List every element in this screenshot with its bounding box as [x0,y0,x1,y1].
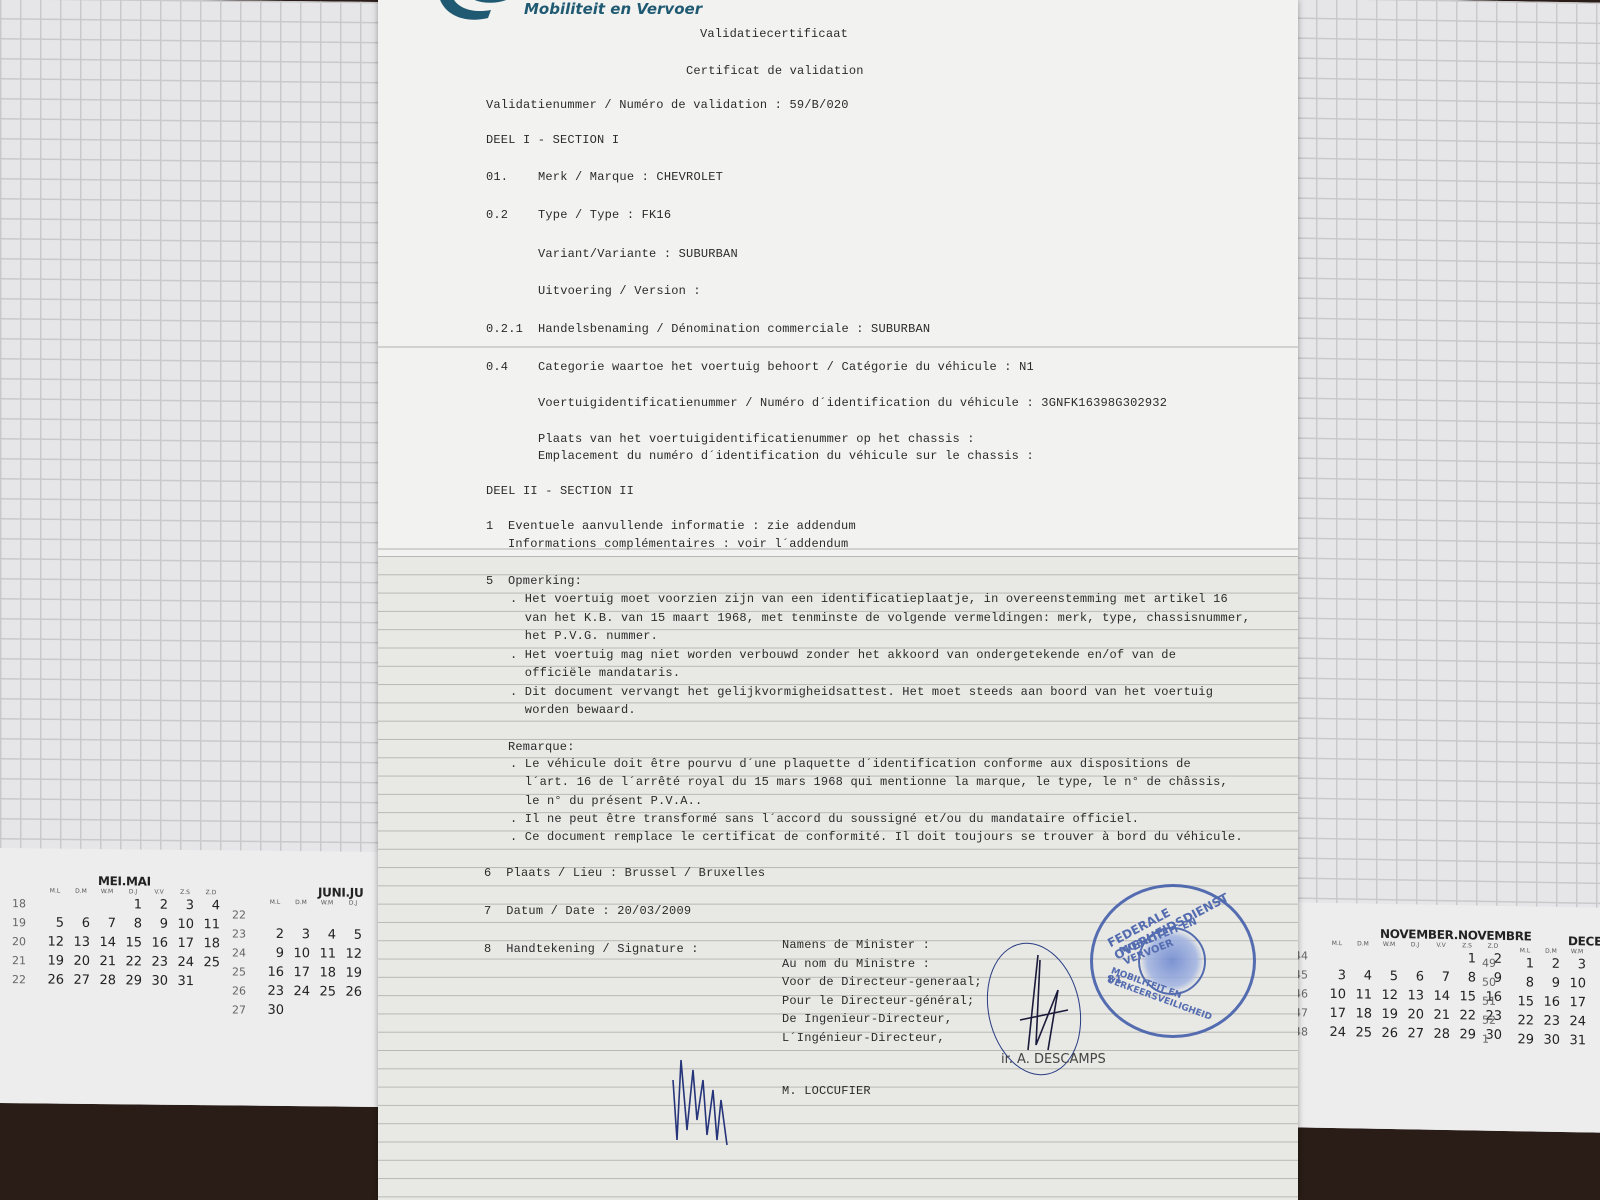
calendar-june: JUNI.JUM.LD.MW.MD.J222323452491011122516… [232,884,366,1020]
validation-number: 59/B/020 [789,98,848,112]
remark-line: . Het voertuig moet voorzien zijn van ee… [510,592,1228,606]
calendar-week: 2012131415161718 [12,932,224,953]
stamp-signatory: ir. A. DESCAMPS [1001,1052,1106,1067]
date-row: 7 Datum / Date : 20/03/2009 [484,904,691,918]
place-row: 6 Plaats / Lieu : Brussel / Bruxelles [484,866,765,880]
official-stamp: FEDERALE OVERHEIDSDIENST MOBILITEIT EN V… [1090,884,1256,1038]
item5-code: 5 [486,574,493,588]
signatory-line: Au nom du Ministre : [782,957,930,971]
signatory-line: L´Ingénieur-Directeur, [782,1031,945,1045]
calendar-december: DECEMBERM.LD.MW.M49123508910511516175222… [1482,933,1600,1052]
calendar-week: 1293031 [1482,1030,1600,1052]
field-code: 0.2 [486,208,508,222]
remark-line: . Le véhicule doit être pourvu d´une pla… [510,757,1191,771]
calendar-title: DECEMBER [1568,934,1600,949]
planner-left: MEI.MAIM.LD.MW.MD.JV.VZ.SZ.D181234195678… [0,0,380,1107]
section1-heading: DEEL I - SECTION I [486,133,619,147]
field-value: FK16 [634,208,671,222]
place-value: Brussel / Bruxelles [625,866,766,880]
item1-code: 1 [486,519,493,533]
calendar-title: JUNI.JU [318,885,366,900]
field-code: 0.4 [486,360,508,374]
field-label: Handelsbenaming / Dénomination commercia… [538,322,864,336]
field-label: Voertuigidentificatienummer / Numéro d´i… [538,396,1034,410]
calendar-week: 2516171819 [232,962,366,982]
validation-number-row: Validatienummer / Numéro de validation :… [486,98,849,112]
remark-line: . Il ne peut être transformé sans l´acco… [510,812,1139,826]
remark-line: . Dit document vervangt het gelijkvormig… [510,685,1213,699]
field-row: Voertuigidentificatienummer / Numéro d´i… [538,396,1167,410]
handwritten-signature-icon [663,1050,743,1150]
field-row: Type / Type : FK16 [538,208,671,222]
calendar-week: 2730 [232,1000,366,1020]
signature-row: 8 Handtekening / Signature : [484,942,699,956]
signatory-line: De Ingenieur-Directeur, [782,1012,952,1026]
field-label: Type / Type : [538,208,634,222]
validation-certificate: Mobiliteit en Vervoer Validatiecertifica… [378,0,1298,1200]
field-row: Handelsbenaming / Dénomination commercia… [538,322,930,336]
field-label: Merk / Marque : [538,170,649,184]
field-label: Variant/Variante : [538,247,671,261]
remarks-fr-label: Remarque: [508,740,575,754]
section2-heading: DEEL II - SECTION II [486,484,634,498]
field-label: Uitvoering / Version : [538,284,701,298]
agency-logo-icon [433,0,513,26]
calendar-week: 2119202122232425 [12,951,224,972]
remark-line: . Het voertuig mag niet worden verbouwd … [510,648,1176,662]
remark-line: le n° du présent P.V.A.. [510,794,702,808]
remark-line: l´art. 16 de l´arrêté royal du 15 mars 1… [510,775,1228,789]
calendar-may: MEI.MAIM.LD.MW.MD.JV.VZ.SZ.D181234195678… [12,873,224,991]
calendar-week: 181234 [12,894,224,915]
field-value: N1 [1012,360,1034,374]
field-value: SUBURBAN [864,322,931,336]
agency-name: Mobiliteit en Vervoer [524,0,702,18]
field-code: 01. [486,170,508,184]
field-label: Categorie waartoe het voertuig behoort /… [538,360,1012,374]
field-row: Categorie waartoe het voertuig behoort /… [538,360,1034,374]
item1-nl: Eventuele aanvullende informatie : zie a… [508,519,856,533]
field-row: Uitvoering / Version : [538,284,701,298]
signatory-line: Namens de Minister : [782,938,930,952]
remark-line: . Ce document remplace le certificat de … [510,830,1243,844]
signatory-name: M. LOCCUFIER [782,1084,871,1098]
item1-fr: Informations complémentaires : voir l´ad… [508,537,848,551]
vin-location-fr: Emplacement du numéro d´identification d… [538,449,1034,463]
calendar-week: 232345 [232,924,366,944]
remark-line: het P.V.G. nummer. [510,629,658,643]
field-value: CHEVROLET [649,170,723,184]
signatory-line: Voor de Directeur-generaal; [782,975,982,989]
remark-line: worden bewaard. [510,703,636,717]
signatory-line: Pour le Directeur-général; [782,994,974,1008]
remark-line: officiële mandataris. [510,666,680,680]
field-code: 0.2.1 [486,322,523,336]
field-value: 3GNFK16398G302932 [1034,396,1167,410]
field-row: Variant/Variante : SUBURBAN [538,247,738,261]
calendar-week: 19567891011 [12,913,224,934]
vin-location-nl: Plaats van het voertuigidentificatienumm… [538,432,975,446]
calendar-week: 2623242526 [232,981,366,1001]
calendar-week: 22262728293031 [12,970,224,991]
remarks-nl-label: Opmerking: [508,574,582,588]
fold-line [378,346,1298,348]
calendar-title: MEI.MAI [98,874,224,889]
title-fr: Certificat de validation [686,64,864,78]
date-value: 20/03/2009 [617,904,691,918]
planner-right: NOVEMBER.NOVEMBREM.LD.MW.MD.JV.VZ.SZ.D44… [1296,0,1600,1133]
calendar-week: 22 [232,905,366,925]
field-value: SUBURBAN [671,247,738,261]
descamps-signature-icon [1018,950,1078,1060]
remark-line: van het K.B. van 15 maart 1968, met tenm… [510,611,1250,625]
validation-number-label: Validatienummer / Numéro de validation : [486,98,782,112]
field-row: Merk / Marque : CHEVROLET [538,170,723,184]
calendar-week: 249101112 [232,943,366,963]
title-nl: Validatiecertificaat [700,27,848,41]
